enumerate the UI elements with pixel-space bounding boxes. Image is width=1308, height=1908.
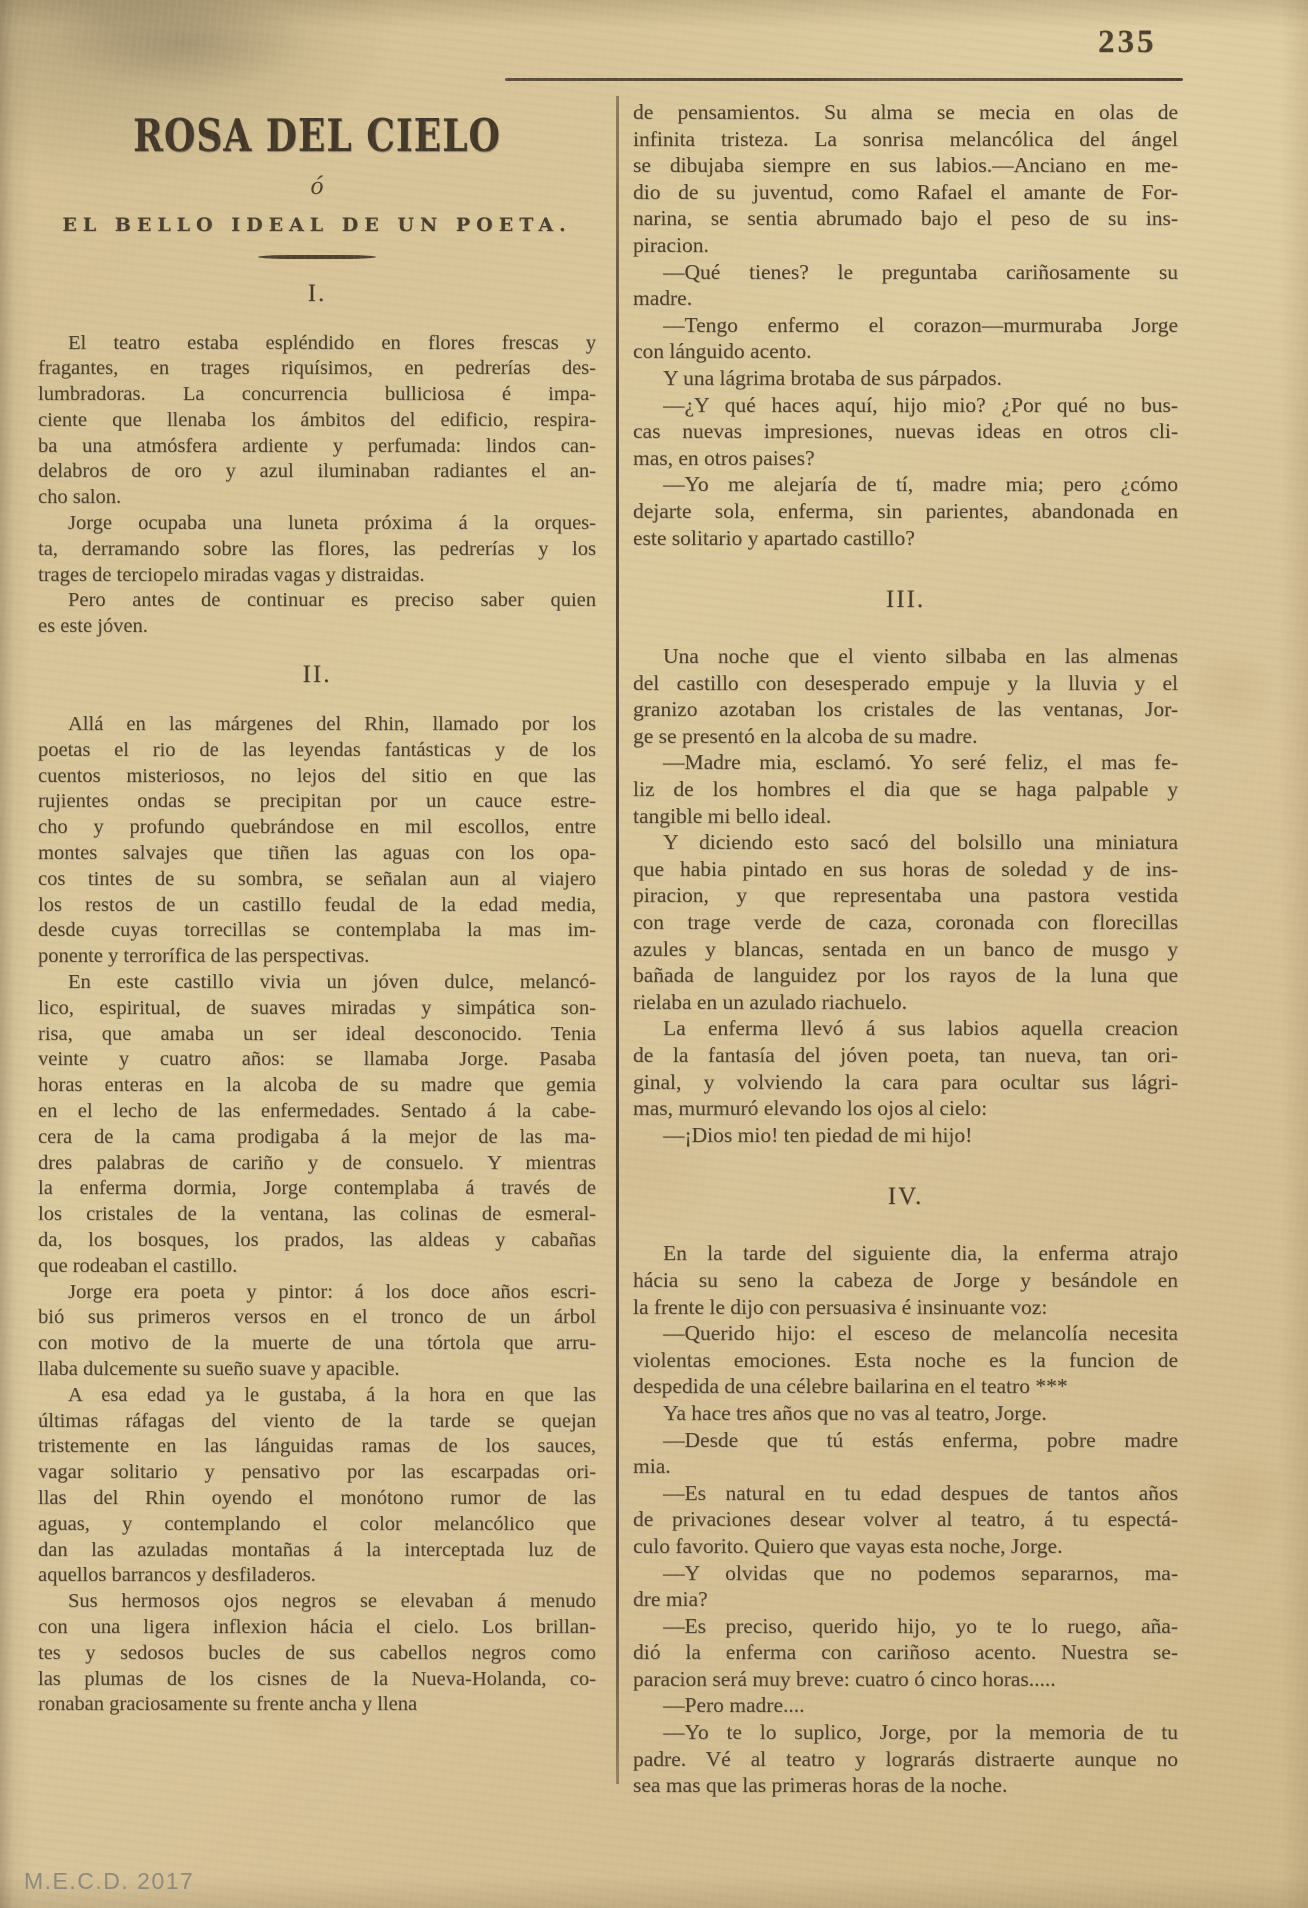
text-line: cuentos misteriosos, no lejos del sitio … (38, 764, 596, 790)
page-number: 235 (1098, 24, 1168, 61)
text-line: Una noche que el viento silbaba en las a… (633, 643, 1178, 670)
text-line: padre. Vé al teatro y lograrás distraert… (633, 1746, 1178, 1773)
paragraph: Allá en las márgenes del Rhin, llamado p… (38, 712, 596, 970)
text-line: llaba dulcemente su sueño suave y apacib… (38, 1357, 596, 1383)
text-line: azules y blancas, sentada en un banco de… (633, 936, 1178, 963)
title-connector: ó (38, 171, 596, 201)
text-line: con trage verde de caza, coronada con fl… (633, 909, 1178, 936)
text-line: culo favorito. Quiero que vayas esta noc… (633, 1533, 1178, 1560)
paragraph: Y diciendo esto sacó del bolsillo una mi… (633, 829, 1178, 1015)
text-line: bió sus primeros versos en el tronco de … (38, 1305, 596, 1331)
text-line: —Madre mia, esclamó. Yo seré feliz, el m… (633, 749, 1178, 776)
text-line: Y diciendo esto sacó del bolsillo una mi… (633, 829, 1178, 856)
text-line: cas nuevas impresiones, nuevas ideas en … (633, 418, 1178, 445)
text-line: —Qué tienes? le preguntaba cariñosamente… (633, 259, 1178, 286)
text-line: Jorge ocupaba una luneta próxima á la or… (38, 511, 596, 537)
text-line: con lánguido acento. (633, 338, 1178, 365)
text-line: granizo azotaban los cristales de las ve… (633, 696, 1178, 723)
paragraph: —Pero madre.... (633, 1692, 1178, 1719)
text-line: A esa edad ya le gustaba, á la hora en q… (38, 1383, 596, 1409)
right-column: de pensamientos. Su alma se mecia en ola… (633, 99, 1178, 1799)
text-line: —Tengo enfermo el corazon—murmuraba Jorg… (633, 312, 1178, 339)
paragraph: El teatro estaba espléndido en flores fr… (38, 331, 596, 512)
text-line: paracion será muy breve: cuatro ó cinco … (633, 1666, 1178, 1693)
text-line: ta, derramando sobre las flores, las ped… (38, 537, 596, 563)
text-line: infinita tristeza. La sonrisa melancólic… (633, 126, 1178, 153)
text-line: montes salvajes que tiñen las aguas con … (38, 841, 596, 867)
text-line: mas, en otros paises? (633, 445, 1178, 472)
text-line: —Desde que tú estás enferma, pobre madre (633, 1427, 1178, 1454)
text-line: Allá en las márgenes del Rhin, llamado p… (38, 712, 596, 738)
text-line: de la fantasía del jóven poeta, tan nuev… (633, 1042, 1178, 1069)
text-line: En este castillo vivia un jóven dulce, m… (38, 970, 596, 996)
text-line: últimas ráfagas del viento de la tarde s… (38, 1409, 596, 1435)
text-line: piracion. (633, 232, 1178, 259)
text-line: hácia su seno la cabeza de Jorge y besán… (633, 1267, 1178, 1294)
text-line: dres palabras de cariño y de consuelo. Y… (38, 1151, 596, 1177)
text-line: este solitario y apartado castillo? (633, 525, 1178, 552)
text-line: la frente le dijo con persuasiva é insin… (633, 1294, 1178, 1321)
text-line: poetas el rio de las leyendas fantástica… (38, 738, 596, 764)
text-line: con una ligera inflexion hácia el cielo.… (38, 1615, 596, 1641)
text-line: Y una lágrima brotaba de sus párpados. (633, 365, 1178, 392)
text-line: dio de su juventud, como Rafael el amant… (633, 179, 1178, 206)
text-line: —Querido hijo: el esceso de melancolía n… (633, 1320, 1178, 1347)
text-line: —Es natural en tu edad despues de tantos… (633, 1480, 1178, 1507)
text-line: tangible mi bello ideal. (633, 803, 1178, 830)
text-line: se dibujaba siempre en sus labios.—Ancia… (633, 152, 1178, 179)
text-line: violentas emociones. Esta noche es la fu… (633, 1347, 1178, 1374)
text-line: En la tarde del siguiente dia, la enferm… (633, 1240, 1178, 1267)
paragraph: —Desde que tú estás enferma, pobre madre… (633, 1427, 1178, 1480)
text-line: los cristales de la ventana, las colinas… (38, 1202, 596, 1228)
left-column: ROSA DEL CIELO ó EL BELLO IDEAL DE UN PO… (38, 95, 596, 1718)
paragraph: Ya hace tres años que no vas al teatro, … (633, 1400, 1178, 1427)
text-line: tes y sedosos bucles de sus cabellos neg… (38, 1641, 596, 1667)
text-line: bañada de languidez por los rayos de la … (633, 962, 1178, 989)
paragraph: —Es natural en tu edad despues de tantos… (633, 1480, 1178, 1560)
text-line: La enferma llevó á sus labios aquella cr… (633, 1015, 1178, 1042)
paragraph: La enferma llevó á sus labios aquella cr… (633, 1015, 1178, 1121)
text-line: en el lecho de las enfermedades. Sentado… (38, 1099, 596, 1125)
text-line: desde cuyas torrecillas se contemplaba l… (38, 918, 596, 944)
text-line: veinte y cuatro años: se llamaba Jorge. … (38, 1047, 596, 1073)
text-line: madre. (633, 285, 1178, 312)
text-line: Ya hace tres años que no vas al teatro, … (633, 1400, 1178, 1427)
text-line: Sus hermosos ojos negros se elevaban á m… (38, 1589, 596, 1615)
text-line: da, los bosques, los prados, las aldeas … (38, 1228, 596, 1254)
text-line: fragantes, en trages riquísimos, en pedr… (38, 356, 596, 382)
text-line: despedida de una célebre bailarina en el… (633, 1373, 1178, 1400)
text-line: dió la enferma con cariñoso acento. Nues… (633, 1639, 1178, 1666)
paragraph: —Yo te lo suplico, Jorge, por la memoria… (633, 1719, 1178, 1799)
paragraph: —¿Y qué haces aquí, hijo mio? ¿Por qué n… (633, 392, 1178, 472)
text-line: —Es preciso, querido hijo, yo te lo rueg… (633, 1613, 1178, 1640)
masthead-ornament (258, 255, 376, 259)
paragraph: de pensamientos. Su alma se mecia en ola… (633, 99, 1178, 259)
scanned-page: 235 ROSA DEL CIELO ó EL BELLO IDEAL DE U… (0, 0, 1308, 1908)
paragraph: —Querido hijo: el esceso de melancolía n… (633, 1320, 1178, 1400)
paragraph: —Y olvidas que no podemos separarnos, ma… (633, 1560, 1178, 1613)
paragraph: Pero antes de continuar es preciso saber… (38, 588, 596, 640)
text-line: cho y profundo quebrándose en mil escoll… (38, 815, 596, 841)
archive-watermark: M.E.C.D. 2017 (24, 1868, 194, 1895)
text-line: vagar solitario y pensativo por las esca… (38, 1460, 596, 1486)
text-line: ponente y terrorífica de las perspectiva… (38, 944, 596, 970)
text-line: llas del Rhin oyendo el monótono rumor d… (38, 1486, 596, 1512)
section-heading: III. (633, 585, 1178, 615)
paragraph: En la tarde del siguiente dia, la enferm… (633, 1240, 1178, 1320)
text-line: Pero antes de continuar es preciso saber… (38, 588, 596, 614)
text-line: que habia pintado en sus horas de soleda… (633, 856, 1178, 883)
text-line: ge se presentó en la alcoba de su madre. (633, 723, 1178, 750)
text-line: de privaciones desear volver al teatro, … (633, 1506, 1178, 1533)
text-line: liz de los hombres el dia que se haga pa… (633, 776, 1178, 803)
story-subtitle: EL BELLO IDEAL DE UN POETA. (38, 213, 596, 237)
section-heading: II. (38, 660, 596, 690)
text-line: dan las azuladas montañas á la intercept… (38, 1538, 596, 1564)
text-line: aguas, y contemplando el color melancóli… (38, 1512, 596, 1538)
text-line: El teatro estaba espléndido en flores fr… (38, 331, 596, 357)
text-line: trages de terciopelo miradas vagas y dis… (38, 563, 596, 589)
text-line: —Yo te lo suplico, Jorge, por la memoria… (633, 1719, 1178, 1746)
text-line: cos tintes de su sombra, se señalan aun … (38, 867, 596, 893)
paragraph: —Es preciso, querido hijo, yo te lo rueg… (633, 1613, 1178, 1693)
paragraph: —Yo me alejaría de tí, madre mia; pero ¿… (633, 471, 1178, 551)
text-line: las plumas de los cisnes de la Nueva-Hol… (38, 1667, 596, 1693)
paragraph: A esa edad ya le gustaba, á la hora en q… (38, 1383, 596, 1589)
text-line: Jorge era poeta y pintor: á los doce año… (38, 1280, 596, 1306)
paragraph: —Tengo enfermo el corazon—murmuraba Jorg… (633, 312, 1178, 365)
text-line: mas, murmuró elevando los ojos al cielo: (633, 1095, 1178, 1122)
paragraph: En este castillo vivia un jóven dulce, m… (38, 970, 596, 1280)
text-line: —¡Dios mio! ten piedad de mi hijo! (633, 1122, 1178, 1149)
text-line: de pensamientos. Su alma se mecia en ola… (633, 99, 1178, 126)
text-line: narina, se sentia abrumado bajo el peso … (633, 205, 1178, 232)
text-line: rielaba en un azulado riachuelo. (633, 989, 1178, 1016)
column-divider (616, 96, 619, 1784)
text-line: lico, espiritual, de suaves miradas y si… (38, 996, 596, 1022)
text-line: ginal, y volviendo la cara para ocultar … (633, 1069, 1178, 1096)
text-line: ciente que llenaba los ámbitos del edifi… (38, 408, 596, 434)
text-line: ronaban graciosamente su frente ancha y … (38, 1692, 596, 1718)
text-line: —¿Y qué haces aquí, hijo mio? ¿Por qué n… (633, 392, 1178, 419)
text-line: tristemente en las lánguidas ramas de lo… (38, 1434, 596, 1460)
text-line: horas enteras en la alcoba de su madre q… (38, 1073, 596, 1099)
text-line: —Pero madre.... (633, 1692, 1178, 1719)
paragraph: Una noche que el viento silbaba en las a… (633, 643, 1178, 749)
paragraph: Y una lágrima brotaba de sus párpados. (633, 365, 1178, 392)
text-line: cera de la cama prodigaba á la mejor de … (38, 1125, 596, 1151)
text-line: los restos de un castillo feudal de la e… (38, 893, 596, 919)
text-line: lumbradoras. La concurrencia bulliciosa … (38, 382, 596, 408)
text-line: con motivo de la muerte de una tórtola q… (38, 1331, 596, 1357)
text-line: dejarte sola, enferma, sin parientes, ab… (633, 498, 1178, 525)
text-line: —Y olvidas que no podemos separarnos, ma… (633, 1560, 1178, 1587)
paragraph: —Qué tienes? le preguntaba cariñosamente… (633, 259, 1178, 312)
text-line: sea mas que las primeras horas de la noc… (633, 1772, 1178, 1799)
section-heading: I. (38, 279, 596, 309)
text-line: —Yo me alejaría de tí, madre mia; pero ¿… (633, 471, 1178, 498)
text-line: rujientes ondas se precipitan por un cau… (38, 789, 596, 815)
story-title: ROSA DEL CIELO (38, 107, 596, 165)
text-line: dre mia? (633, 1586, 1178, 1613)
left-column-text: I.El teatro estaba espléndido en flores … (38, 279, 596, 1719)
right-column-text: de pensamientos. Su alma se mecia en ola… (633, 99, 1178, 1799)
text-line: delabros de oro y azul iluminaban radian… (38, 459, 596, 485)
text-line: es este jóven. (38, 614, 596, 640)
text-line: del castillo con desesperado empuje y la… (633, 670, 1178, 697)
text-line: risa, que amaba un ser ideal desconocido… (38, 1022, 596, 1048)
paragraph: Sus hermosos ojos negros se elevaban á m… (38, 1589, 596, 1718)
text-line: que rodeaban el castillo. (38, 1254, 596, 1280)
text-line: aquellos barrancos y desfiladeros. (38, 1563, 596, 1589)
paragraph: Jorge ocupaba una luneta próxima á la or… (38, 511, 596, 588)
masthead: ROSA DEL CIELO ó EL BELLO IDEAL DE UN PO… (38, 107, 596, 259)
paragraph: Jorge era poeta y pintor: á los doce año… (38, 1280, 596, 1383)
text-line: la enferma dormia, Jorge contemplaba á t… (38, 1176, 596, 1202)
section-heading: IV. (633, 1182, 1178, 1212)
paragraph: —¡Dios mio! ten piedad de mi hijo! (633, 1122, 1178, 1149)
text-line: mia. (633, 1453, 1178, 1480)
text-line: ba una atmósfera ardiente y perfumada: l… (38, 434, 596, 460)
paragraph: —Madre mia, esclamó. Yo seré feliz, el m… (633, 749, 1178, 829)
text-line: cho salon. (38, 485, 596, 511)
text-line: piracion, y que representaba una pastora… (633, 882, 1178, 909)
header-rule (505, 78, 1183, 81)
